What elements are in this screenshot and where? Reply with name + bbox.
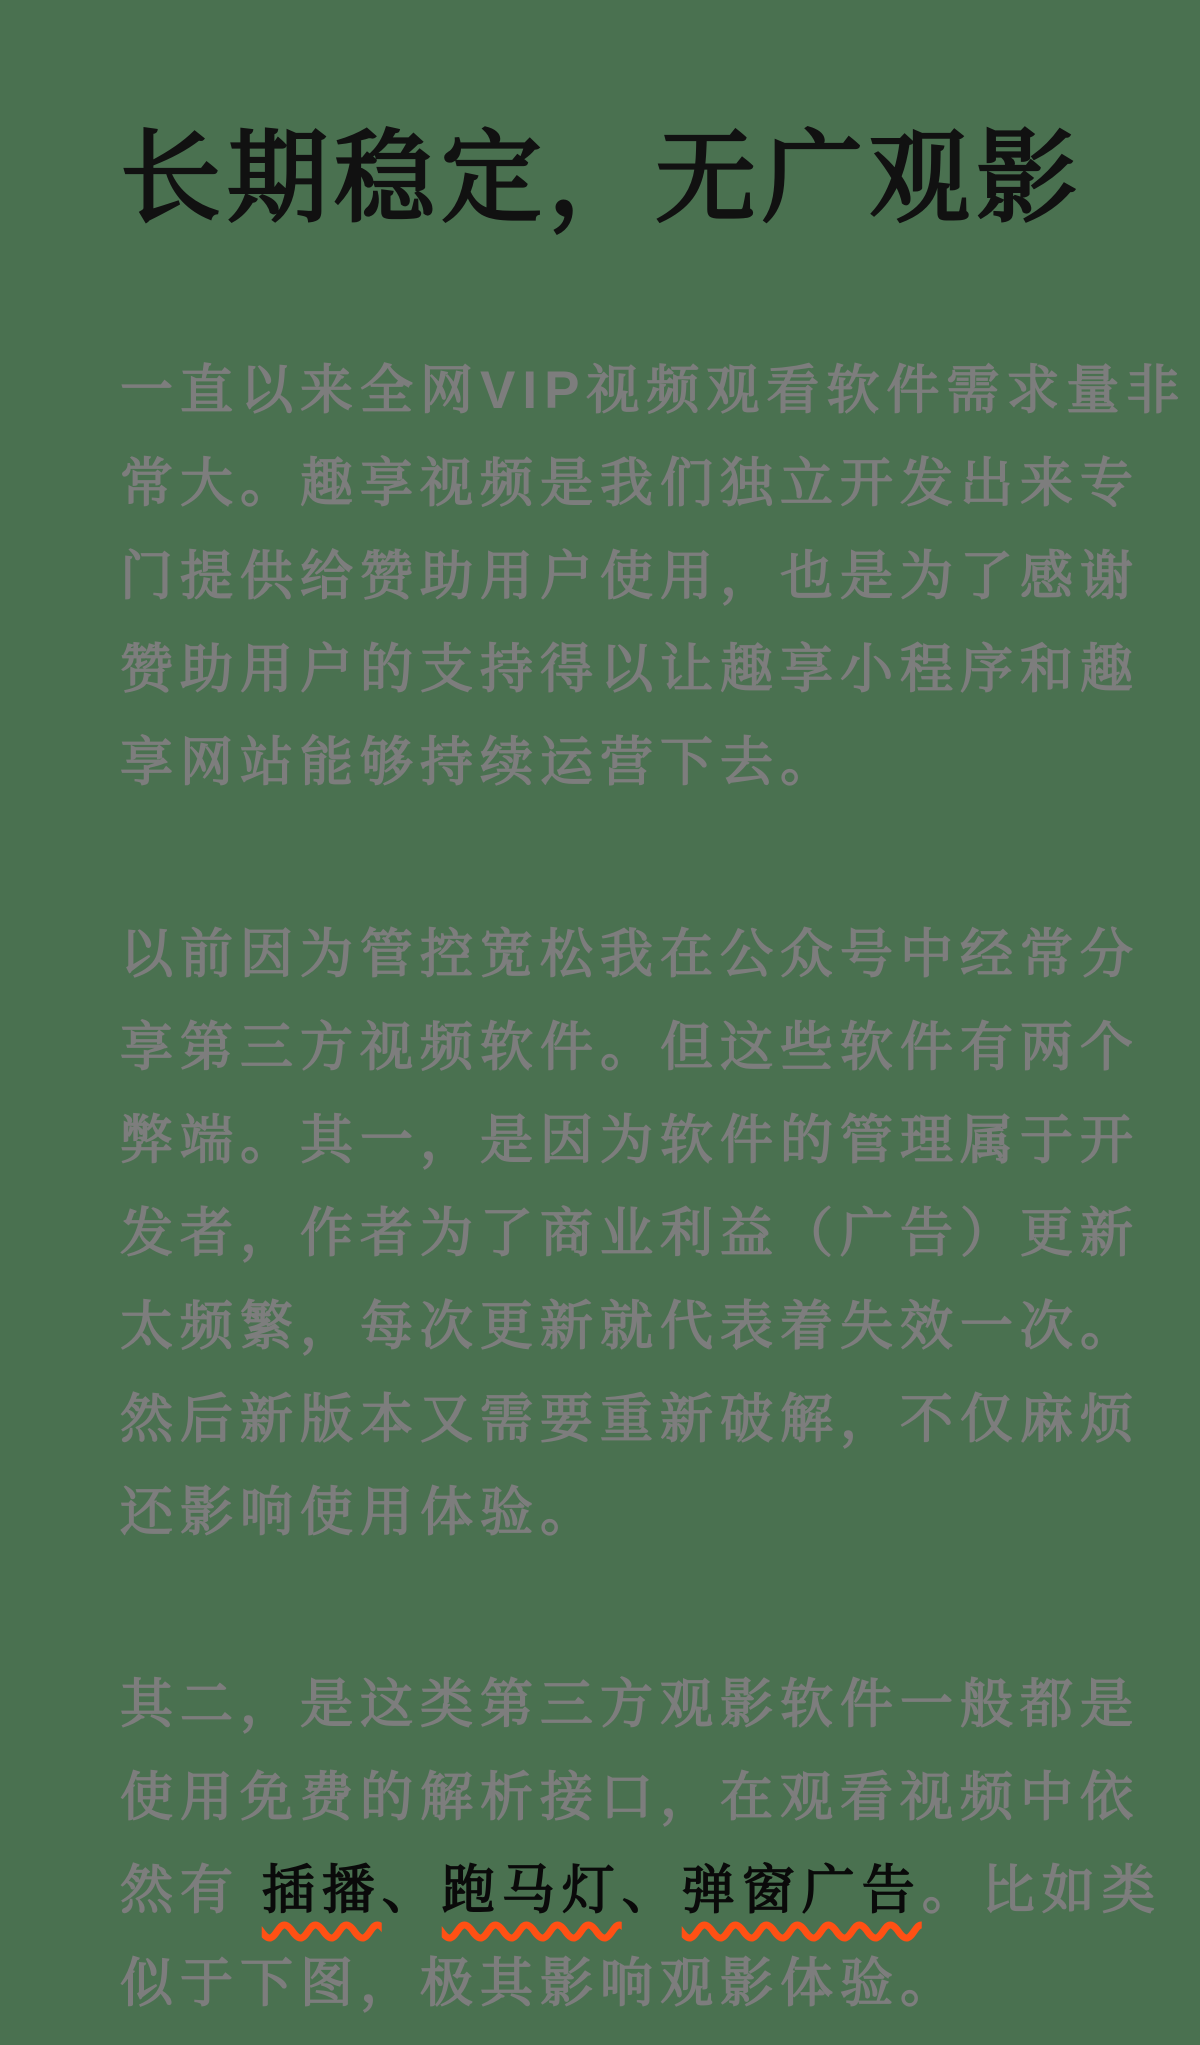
paragraph-drawback-one: 以前因为管控宽松我在公众号中经常分 享第三方视频软件。但这些软件有两个 弊端。其… xyxy=(120,908,1095,1559)
highlighted-term-insert-ads: 插播 xyxy=(262,1861,382,1920)
paragraph-drawback-two: 其二，是这类第三方观影软件一般都是 使用免费的解析接口，在观看视频中依 然有 插… xyxy=(120,1658,1095,2030)
highlighted-term-popup-ads: 弹窗广告 xyxy=(682,1861,922,1920)
highlighted-term-marquee-ads: 跑马灯 xyxy=(442,1861,622,1920)
text-line: 还影响使用体验。 xyxy=(120,1466,1095,1559)
text-line: 一直以来全网VIP视频观看软件需求量非 xyxy=(120,344,1095,437)
text-line: 使用免费的解析接口，在观看视频中依 xyxy=(120,1751,1095,1844)
text-line: 以前因为管控宽松我在公众号中经常分 xyxy=(120,908,1095,1001)
text-line: 发者，作者为了商业利益（广告）更新 xyxy=(120,1187,1095,1280)
paragraph-intro: 一直以来全网VIP视频观看软件需求量非 常大。趣享视频是我们独立开发出来专 门提… xyxy=(120,344,1095,809)
text-line: 享第三方视频软件。但这些软件有两个 xyxy=(120,1001,1095,1094)
text-segment: 然有 xyxy=(120,1861,262,1920)
page-title: 长期稳定，无广观影 xyxy=(120,127,1095,232)
text-line: 弊端。其一，是因为软件的管理属于开 xyxy=(120,1094,1095,1187)
text-segment: 。比如类 xyxy=(922,1861,1162,1920)
text-line: 门提供给赞助用户使用，也是为了感谢 xyxy=(120,530,1095,623)
term-separator: 、 xyxy=(622,1861,682,1920)
text-line: 常大。趣享视频是我们独立开发出来专 xyxy=(120,437,1095,530)
text-line-with-highlights: 然有 插播、跑马灯、弹窗广告。比如类 xyxy=(120,1844,1095,1937)
text-line: 太频繁，每次更新就代表着失效一次。 xyxy=(120,1280,1095,1373)
text-line: 然后新版本又需要重新破解，不仅麻烦 xyxy=(120,1373,1095,1466)
text-line: 似于下图，极其影响观影体验。 xyxy=(120,1937,1095,2030)
text-line: 享网站能够持续运营下去。 xyxy=(120,716,1095,809)
text-line: 赞助用户的支持得以让趣享小程序和趣 xyxy=(120,623,1095,716)
term-separator: 、 xyxy=(382,1861,442,1920)
text-line: 其二，是这类第三方观影软件一般都是 xyxy=(120,1658,1095,1751)
article-page: 长期稳定，无广观影 一直以来全网VIP视频观看软件需求量非 常大。趣享视频是我们… xyxy=(0,0,1200,2045)
